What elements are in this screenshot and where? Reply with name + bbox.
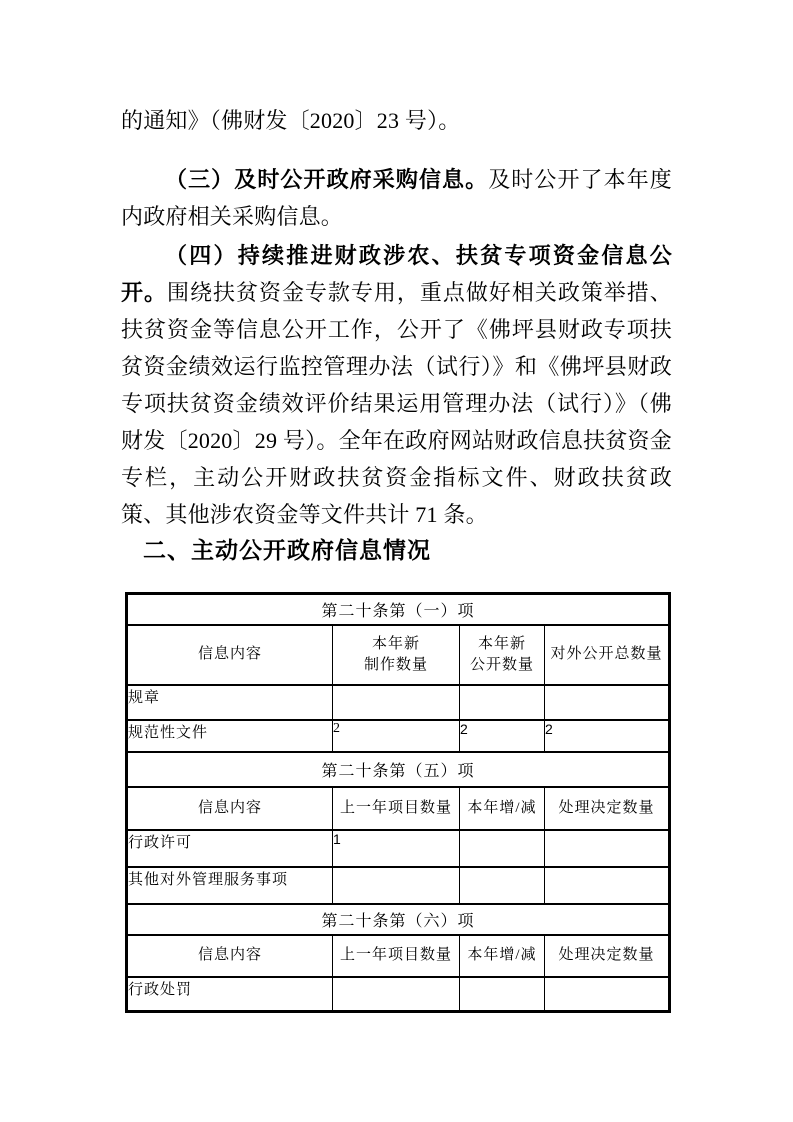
row-label-cell: 其他对外管理服务事项: [127, 867, 333, 904]
table-row: 规范性文件 2 2 2: [127, 720, 670, 752]
row-label-cell: 行政处罚: [127, 977, 333, 1012]
row-label-cell: 行政许可: [127, 830, 333, 867]
paragraph-lead-bold: （三）及时公开政府采购信息。: [165, 167, 488, 192]
paragraph-text: 的通知》（佛财发〔2020〕23 号）。: [121, 108, 461, 133]
value-cell: 2: [333, 720, 460, 752]
body-paragraph: 的通知》（佛财发〔2020〕23 号）。: [121, 102, 672, 139]
row-label-cell: 规章: [127, 685, 333, 720]
section-heading: 二、主动公开政府信息情况: [143, 535, 431, 565]
value-cell: 2: [545, 720, 670, 752]
table-header-cell: 处理决定数量: [545, 935, 670, 977]
table-header-cell: 本年增/减: [460, 935, 545, 977]
value-cell: [460, 867, 545, 904]
table-row: 其他对外管理服务事项: [127, 867, 670, 904]
value-cell: 1: [333, 830, 460, 867]
table-section-title: 第二十条第（五）项: [127, 752, 670, 787]
row-label-cell: 规范性文件: [127, 720, 333, 752]
value-cell: [545, 867, 670, 904]
table-header-cell: 信息内容: [127, 935, 333, 977]
value-cell: [333, 867, 460, 904]
table-header-cell: 上一年项目数量: [333, 935, 460, 977]
paragraph-text: 围绕扶贫资金专款专用，重点做好相关政策举措、扶贫资金等信息公开工作，公开了《佛坪…: [121, 280, 672, 527]
table-row: 规章: [127, 685, 670, 720]
info-disclosure-table: 第二十条第（一）项 信息内容 本年新 制作数量 本年新 公开数量 对外公开总数量…: [125, 592, 671, 1013]
value-cell: 2: [460, 720, 545, 752]
value-cell: [545, 830, 670, 867]
table-header-cell: 本年新 制作数量: [333, 625, 460, 685]
value-cell: [545, 977, 670, 1012]
body-paragraph: （四）持续推进财政涉农、扶贫专项资金信息公开。围绕扶贫资金专款专用，重点做好相关…: [121, 237, 672, 533]
value-cell: [460, 685, 545, 720]
table-header-cell: 处理决定数量: [545, 787, 670, 830]
table-header-cell: 对外公开总数量: [545, 625, 670, 685]
document-page: 的通知》（佛财发〔2020〕23 号）。 （三）及时公开政府采购信息。及时公开了…: [0, 0, 793, 1122]
table-row: 行政处罚: [127, 977, 670, 1012]
value-cell: [460, 977, 545, 1012]
table-header-cell: 上一年项目数量: [333, 787, 460, 830]
table-header-cell: 本年新 公开数量: [460, 625, 545, 685]
value-cell: [333, 977, 460, 1012]
table-section-title: 第二十条第（六）项: [127, 904, 670, 935]
table-section-title: 第二十条第（一）项: [127, 594, 670, 625]
table-header-cell: 信息内容: [127, 787, 333, 830]
table-row: 行政许可 1: [127, 830, 670, 867]
value-cell: [460, 830, 545, 867]
table-header-cell: 本年增/减: [460, 787, 545, 830]
value-cell: [545, 685, 670, 720]
table-header-cell: 信息内容: [127, 625, 333, 685]
body-paragraph: （三）及时公开政府采购信息。及时公开了本年度内政府相关采购信息。: [121, 161, 672, 235]
value-cell: [333, 685, 460, 720]
